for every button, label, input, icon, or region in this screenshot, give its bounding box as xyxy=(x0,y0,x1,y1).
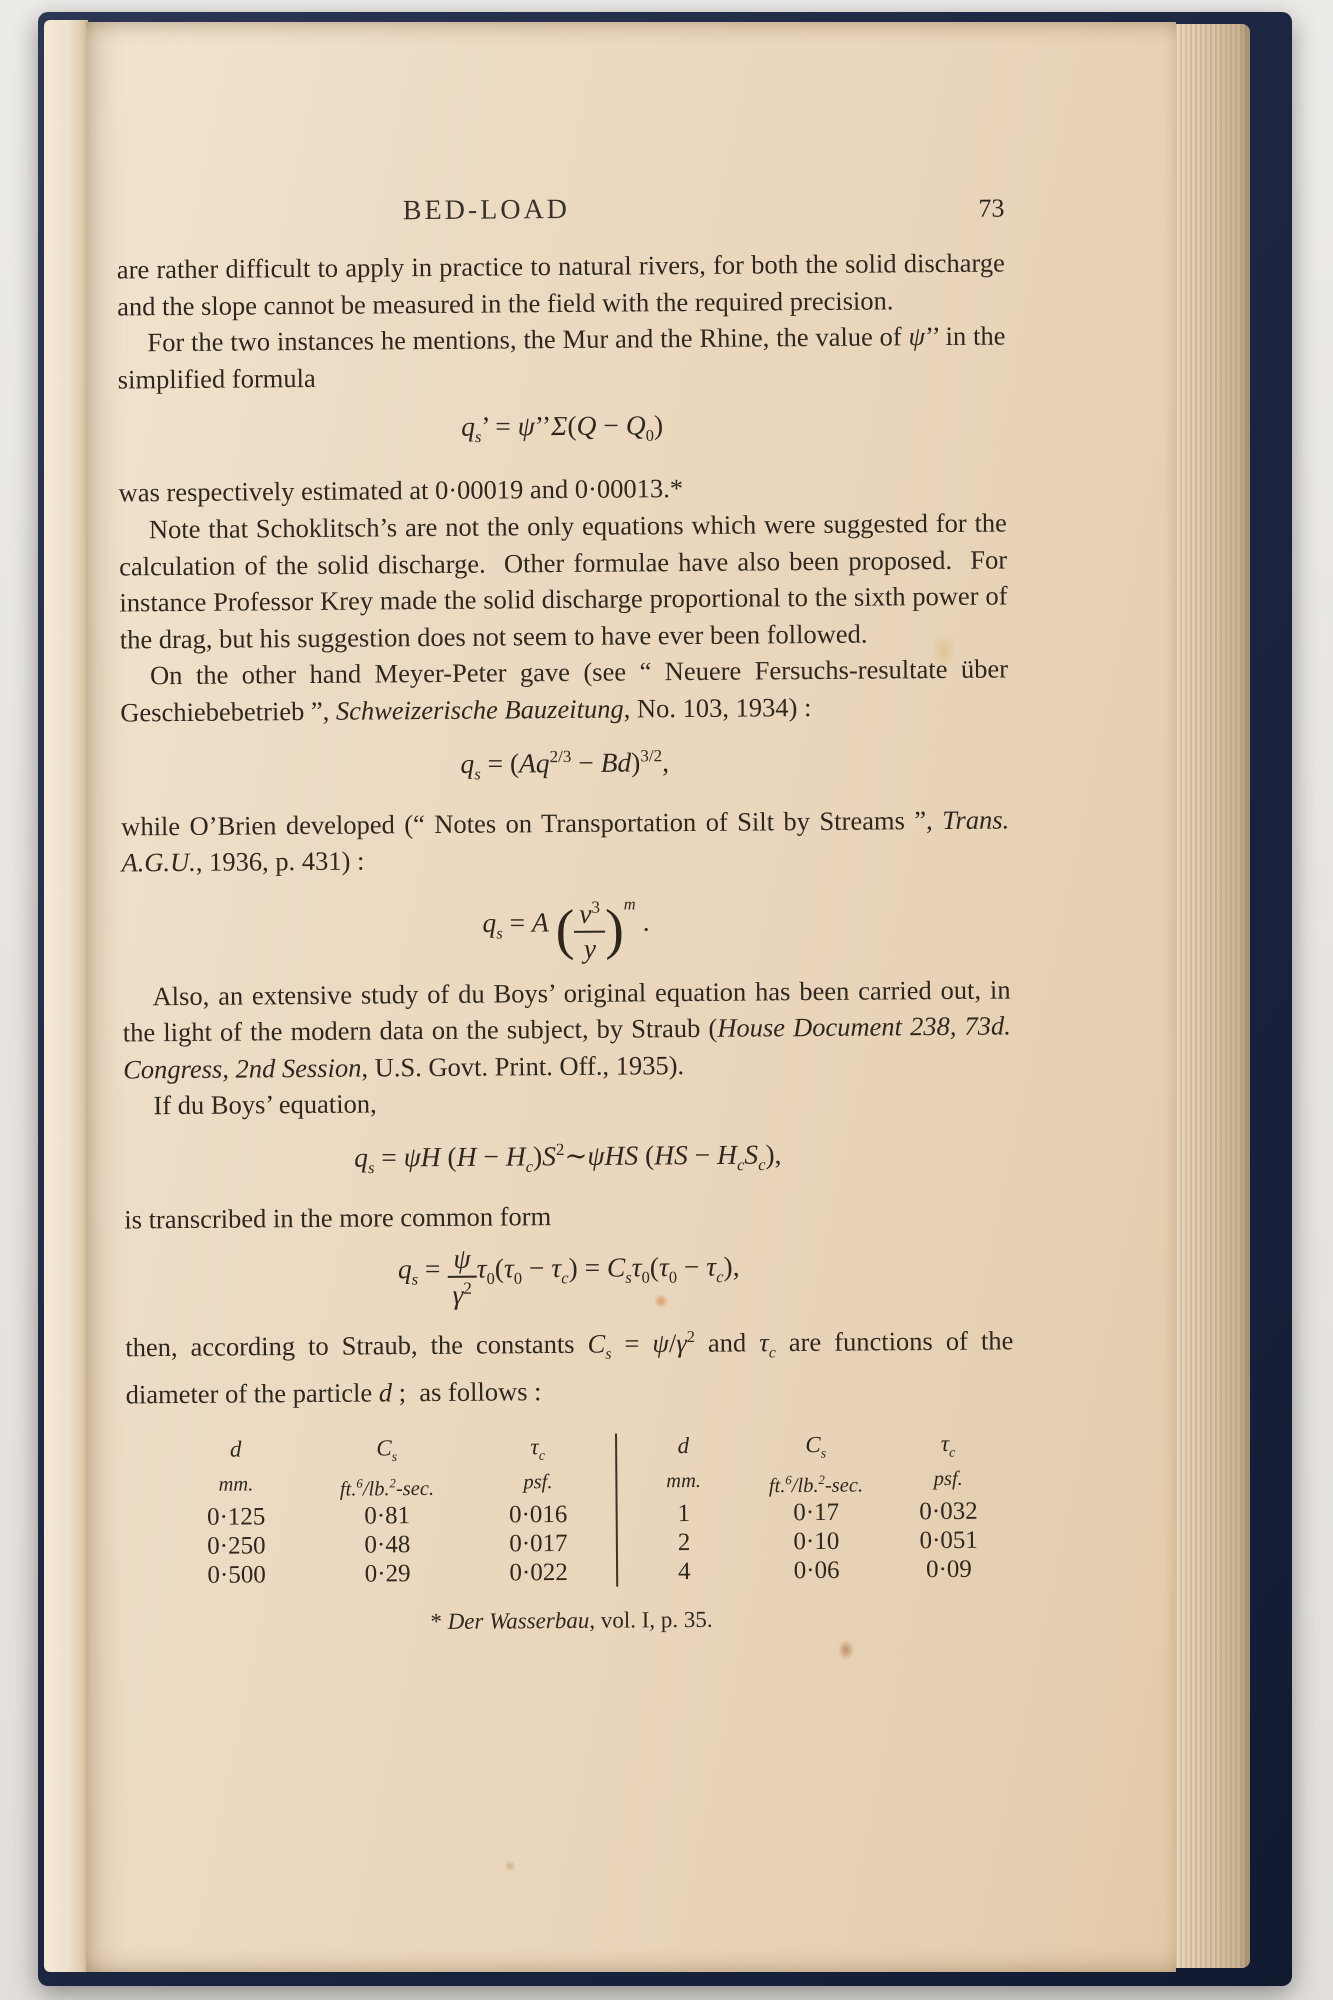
table-cell: 0·250 xyxy=(161,1531,312,1561)
formula-du-boys-common-form: qs = ψγ2τ0(τ0 − τc) = Csτ0(τ0 − τc), xyxy=(125,1240,1013,1312)
table-right-half: d Cs τc mm. ft.6/lb.2-sec. psf. 1 0·17 0… xyxy=(617,1430,1015,1587)
table-cell: 0·10 xyxy=(750,1527,883,1557)
table-row: 4 0·06 0·09 xyxy=(618,1555,1015,1587)
table-header-unit: psf. xyxy=(882,1465,1015,1498)
table-cell: 2 xyxy=(618,1528,751,1558)
table-header-unit: ft.6/lb.2-sec. xyxy=(750,1466,883,1499)
table-cell: 0·022 xyxy=(463,1558,614,1588)
table-cell: 4 xyxy=(618,1557,751,1587)
paragraph: For the two instances he mentions, the M… xyxy=(117,318,1006,398)
page-content: BED-LOAD 73 are rather difficult to appl… xyxy=(115,19,1018,1926)
table-cell: 0·06 xyxy=(750,1556,883,1586)
table-header-row: d Cs τc xyxy=(617,1430,1014,1468)
formula-obrien: qs = A (v3y)m . xyxy=(122,884,1011,967)
table-cell: 0·17 xyxy=(750,1498,883,1528)
page-title: BED-LOAD xyxy=(116,192,856,230)
body-text: are rather difficult to apply in practic… xyxy=(117,245,1016,1644)
table-header-unit: ft.6/lb.2-sec. xyxy=(311,1469,462,1502)
table-unit-row: mm. ft.6/lb.2-sec. psf. xyxy=(160,1468,613,1503)
straub-constants-table: d Cs τc mm. ft.6/lb.2-sec. psf. 0·125 0·… xyxy=(126,1430,1015,1590)
formula-du-boys: qs = ψH (H − Hc)S2∼ψHS (HS − HcSc), xyxy=(124,1128,1012,1188)
page-edges-stack xyxy=(1172,24,1250,1968)
table-row: 0·125 0·81 0·016 xyxy=(161,1500,614,1533)
paragraph: then, according to Straub, the constants… xyxy=(125,1316,1014,1413)
table-cell: 0·032 xyxy=(882,1497,1015,1527)
table-cell: 0·051 xyxy=(882,1526,1015,1556)
table-row: 2 0·10 0·051 xyxy=(618,1526,1015,1558)
paragraph: On the other hand Meyer-Peter gave (see … xyxy=(120,651,1009,731)
table-header-symbol: Cs xyxy=(311,1435,462,1471)
table-header-unit: mm. xyxy=(160,1471,311,1504)
table-cell: 0·125 xyxy=(161,1502,312,1532)
table-header-symbol: Cs xyxy=(749,1431,882,1467)
paragraph: are rather difficult to apply in practic… xyxy=(117,245,1006,325)
book-page: BED-LOAD 73 are rather difficult to appl… xyxy=(86,22,1176,1972)
table-cell: 0·017 xyxy=(463,1529,614,1559)
table-row: 1 0·17 0·032 xyxy=(618,1497,1015,1529)
table-header-row: d Cs τc xyxy=(160,1434,613,1472)
table-header-symbol: d xyxy=(160,1436,311,1472)
table-header-symbol: d xyxy=(617,1432,750,1468)
table-row: 0·250 0·48 0·017 xyxy=(161,1529,614,1562)
table-header-unit: psf. xyxy=(462,1468,613,1501)
table-unit-row: mm. ft.6/lb.2-sec. psf. xyxy=(617,1465,1014,1500)
paragraph: If du Boys’ equation, xyxy=(123,1081,1011,1125)
table-header-unit: mm. xyxy=(617,1467,750,1500)
formula-meyer-peter: qs = (Aq2/3 − Bd)3/2, xyxy=(121,735,1009,795)
table-cell: 0·48 xyxy=(312,1530,463,1560)
table-header-symbol: τc xyxy=(882,1430,1015,1466)
formula-schoklitsch-simplified: qs’ = ψ’’Σ(Q − Q0) xyxy=(118,405,1006,459)
paragraph: while O’Brien developed (“ Notes on Tran… xyxy=(121,801,1010,881)
table-cell: 1 xyxy=(618,1499,751,1529)
table-header-symbol: τc xyxy=(462,1434,613,1470)
table-cell: 0·500 xyxy=(161,1560,312,1590)
table-cell: 0·29 xyxy=(312,1559,463,1589)
table-cell: 0·016 xyxy=(463,1500,614,1530)
table-cell: 0·81 xyxy=(312,1501,463,1531)
paragraph: Also, an extensive study of du Boys’ ori… xyxy=(122,971,1011,1088)
table-row: 0·500 0·29 0·022 xyxy=(161,1558,614,1591)
paragraph: Note that Schoklitsch’s are not the only… xyxy=(119,505,1008,658)
footnote: * Der Wasserbau, vol. I, p. 35. xyxy=(127,1600,1015,1644)
table-left-half: d Cs τc mm. ft.6/lb.2-sec. psf. 0·125 0·… xyxy=(126,1434,618,1591)
facing-page-edge xyxy=(44,20,88,1972)
page-number: 73 xyxy=(978,194,1004,224)
table-cell: 0·09 xyxy=(883,1555,1016,1585)
book-photo: { "colors":{"cover_navy":"#1d2742","pape… xyxy=(0,0,1333,2000)
paragraph: is transcribed in the more common form xyxy=(124,1195,1012,1239)
running-head: BED-LOAD 73 xyxy=(116,191,1004,232)
